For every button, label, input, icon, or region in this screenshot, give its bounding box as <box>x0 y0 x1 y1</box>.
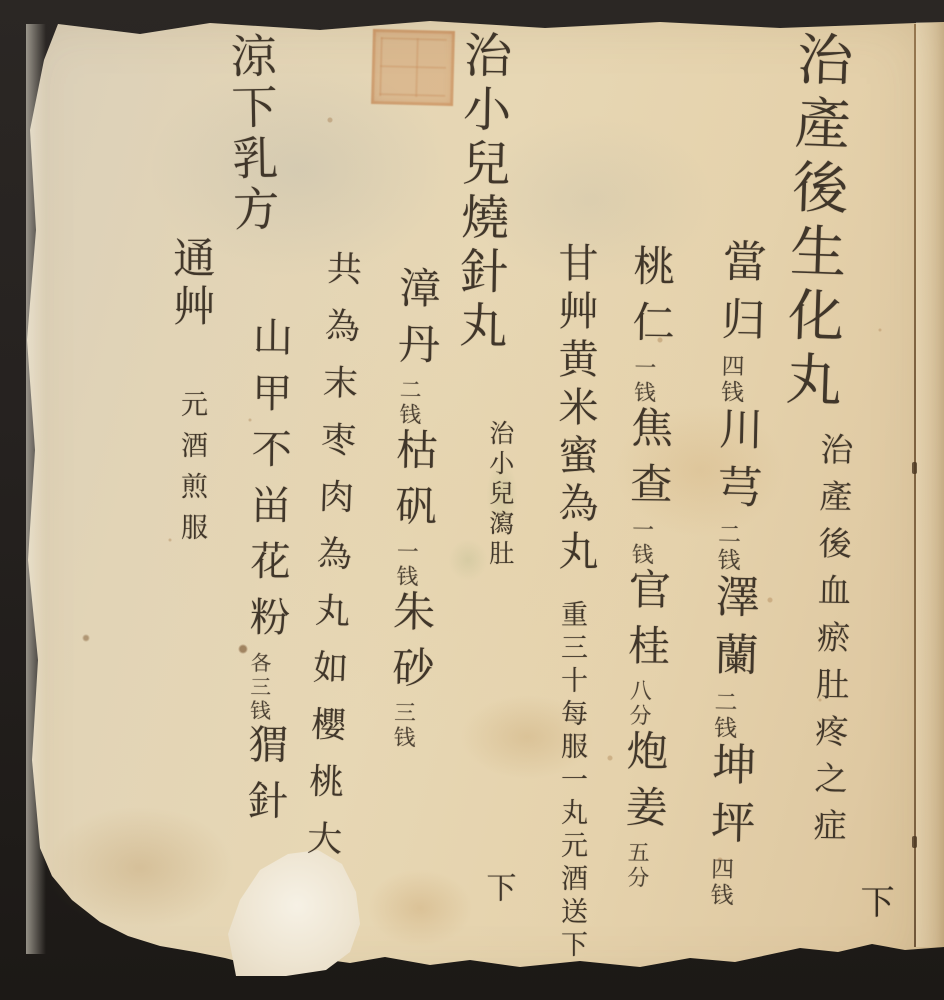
ingredient-name: 焦查 <box>624 405 675 518</box>
ingredient-dose: 一钱 <box>393 539 419 589</box>
decoction-instruction: 元酒煎服 <box>176 390 207 554</box>
page-marker-xia-left: 下 <box>480 872 515 902</box>
binding-stitch-mark <box>912 462 917 474</box>
column-indication-note-2: 治小兒瀉肚 <box>485 420 514 570</box>
ingredient-dose: 四钱 <box>706 857 733 909</box>
ingredient-name: 枯矾 <box>389 427 440 540</box>
ingredient-name: 坤坪 <box>702 741 755 858</box>
ingredient-dose: 二钱 <box>713 521 740 573</box>
ingredient-column-3: 漳丹二钱枯矾一钱朱砂三钱 <box>383 266 442 752</box>
ingredient-dose: 五分 <box>623 841 649 891</box>
column-title-lactation-formula: 涼下乳方 <box>223 32 279 237</box>
ingredient-name: 官桂 <box>622 567 673 680</box>
ingredient-dose: 各三钱 <box>245 652 270 724</box>
ingredient-column-2: 桃仁一钱焦查一钱官桂八分炮姜五分 <box>616 244 675 891</box>
ingredient-name: 朱砂 <box>386 589 437 702</box>
ingredient-dose: 八分 <box>626 679 652 729</box>
ingredient-name: 漳丹 <box>391 266 442 379</box>
ingredient-dose: 四钱 <box>717 354 744 406</box>
ingredient-dose: 二钱 <box>709 689 736 741</box>
ingredient-name: 猬針 <box>241 723 288 835</box>
ingredient-name: 山甲 <box>245 316 292 428</box>
ingredient-dose: 一钱 <box>628 517 654 567</box>
ingredient-name: 花粉 <box>243 540 290 652</box>
ingredient-name: 甘艸 <box>552 242 598 338</box>
adjacent-leaf-edge <box>916 22 944 947</box>
scanned-manuscript-page: 治產後生化丸 治產後血瘀肚疼之症 當归四钱川芎二钱澤蘭二钱坤坪四钱 桃仁一钱焦查… <box>0 0 944 1000</box>
column-title-child-pill: 治小兒燒針丸 <box>450 30 511 355</box>
ingredient-dose: 二钱 <box>395 378 421 428</box>
ingredient-name: 桃仁 <box>626 244 677 357</box>
ingredient-dose: 三钱 <box>390 701 416 751</box>
method-text: 黄米蜜為丸 <box>552 338 598 578</box>
red-collector-seal-stamp <box>371 29 455 106</box>
ingredient-name: 川芎 <box>709 405 762 522</box>
column-indication-note: 治產後血瘀肚疼之症 <box>808 432 853 856</box>
dosage-instruction: 重三十每服一丸元酒送下 <box>556 600 587 963</box>
method-column: 甘艸黄米蜜為丸 <box>552 242 598 578</box>
column-title-postpartum-pill: 治產後生化丸 <box>775 29 853 415</box>
ingredient-column-5: 山甲不畄花粉各三钱猬針 <box>237 316 292 836</box>
ingredient-dose: 一钱 <box>630 356 656 406</box>
ingredient-column-4: 通艸 <box>167 236 215 332</box>
ingredient-name: 當归 <box>713 238 766 355</box>
ingredient-name: 炮姜 <box>619 729 670 842</box>
ingredient-name: 不畄 <box>244 428 291 540</box>
page-marker-xia-right: 下 <box>854 884 893 918</box>
binding-stitch-mark <box>912 836 917 848</box>
binding-fold-line <box>914 24 916 947</box>
ingredient-name: 澤蘭 <box>706 573 759 690</box>
